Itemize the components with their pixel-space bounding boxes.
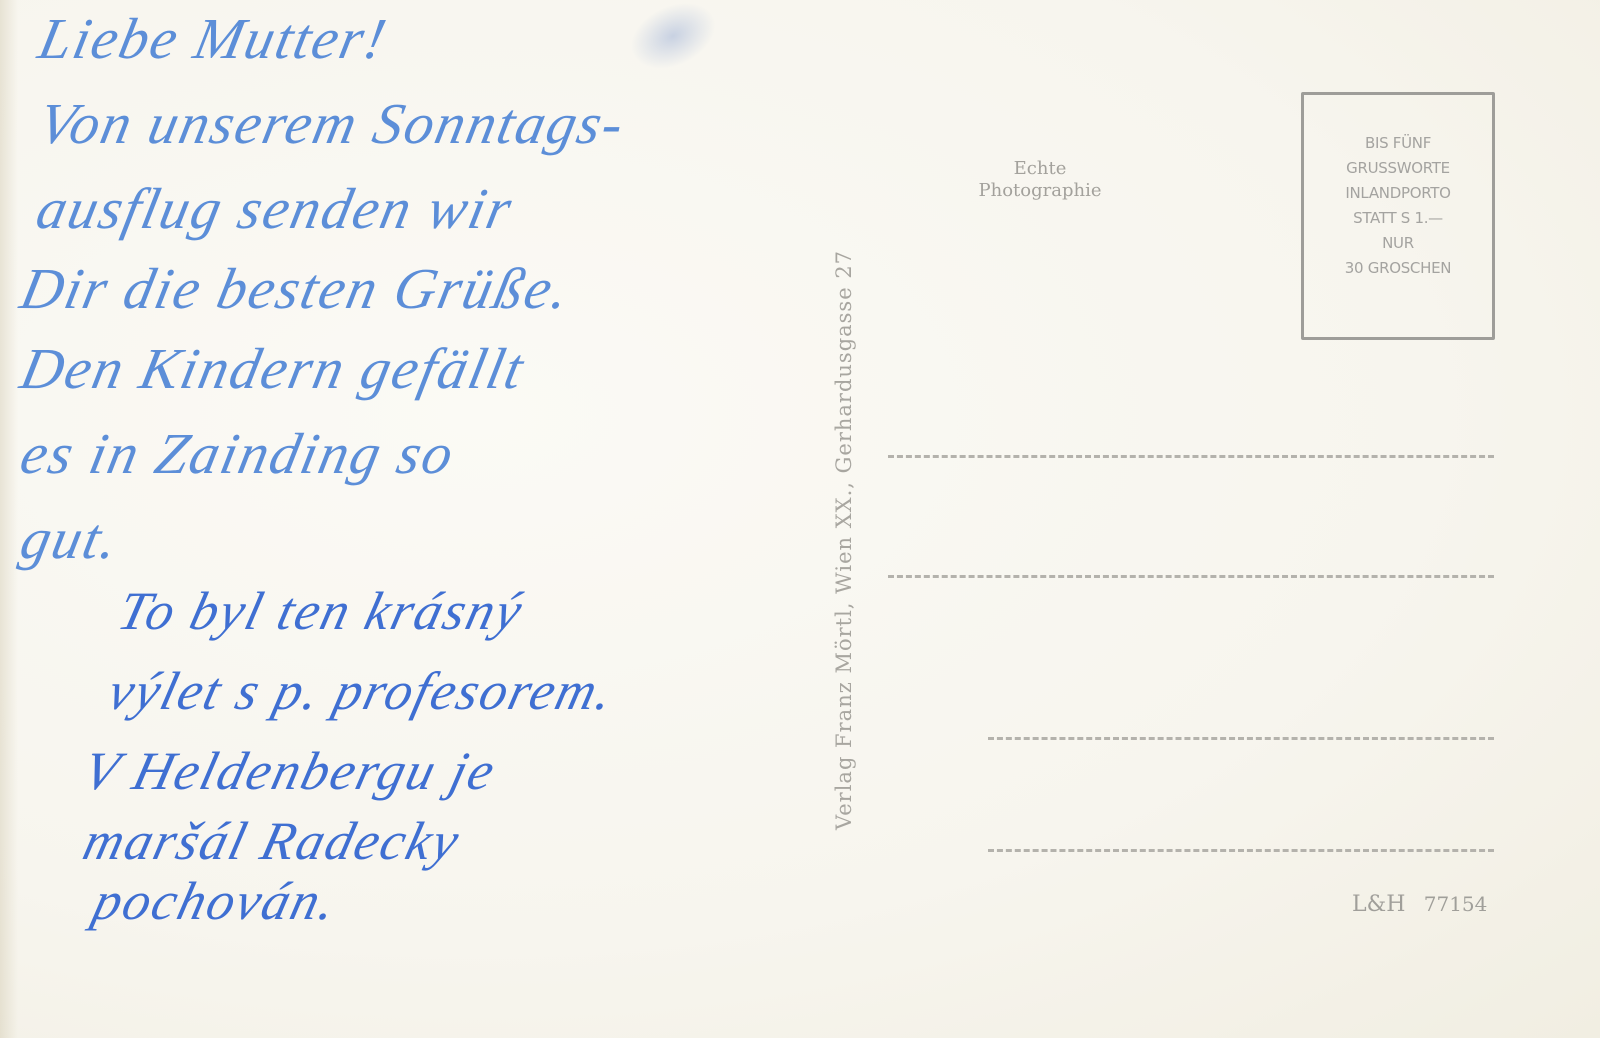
postcard-back: Liebe Mutter! Von unserem Sonntags- ausf… [0,0,1600,1038]
stamp-line: GRUSSWORTE [1304,156,1492,181]
address-line-3 [988,737,1494,740]
card-edge-shadow [0,0,18,1038]
handwritten-line: ausflug senden wir [31,175,519,242]
handwritten-line: To byl ten krásný [112,580,530,642]
handwritten-line: V Heldenbergu je [77,740,502,802]
stamp-line: NUR [1304,231,1492,256]
handwritten-line: Den Kindern gefällt [15,335,531,402]
handwritten-line: Von unserem Sonntags- [33,90,632,157]
stamp-line: 30 GROSCHEN [1304,256,1492,281]
stamp-box-text: BIS FÜNF GRUSSWORTE INLANDPORTO STATT S … [1304,131,1492,281]
printer-number: 77154 [1424,892,1488,916]
printer-code: L&H 77154 [1352,892,1487,917]
handwritten-line: výlet s p. profesorem. [102,660,621,722]
stamp-line: STATT S 1.— [1304,206,1492,231]
handwritten-line: Liebe Mutter! [33,5,394,72]
publisher-imprint: Verlag Franz Mörtl, Wien XX., Gerhardusg… [832,250,856,830]
printer-logo: L&H [1352,892,1405,917]
stamp-line: INLANDPORTO [1304,181,1492,206]
photo-label-line1: Echte [960,158,1120,180]
ink-smudge [620,0,727,82]
stamp-box: BIS FÜNF GRUSSWORTE INLANDPORTO STATT S … [1301,92,1495,340]
photo-label-line2: Photographie [960,180,1120,202]
address-line-1 [888,455,1494,458]
handwritten-line: pochován. [87,870,344,932]
handwritten-line: maršál Radecky [77,810,467,872]
photo-label: Echte Photographie [960,158,1120,202]
stamp-line: BIS FÜNF [1304,131,1492,156]
handwritten-line: gut. [15,505,126,572]
address-line-4 [988,849,1494,852]
handwritten-line: Dir die besten Grüße. [15,255,577,322]
handwritten-line: es in Zainding so [15,420,461,487]
address-line-2 [888,575,1494,578]
